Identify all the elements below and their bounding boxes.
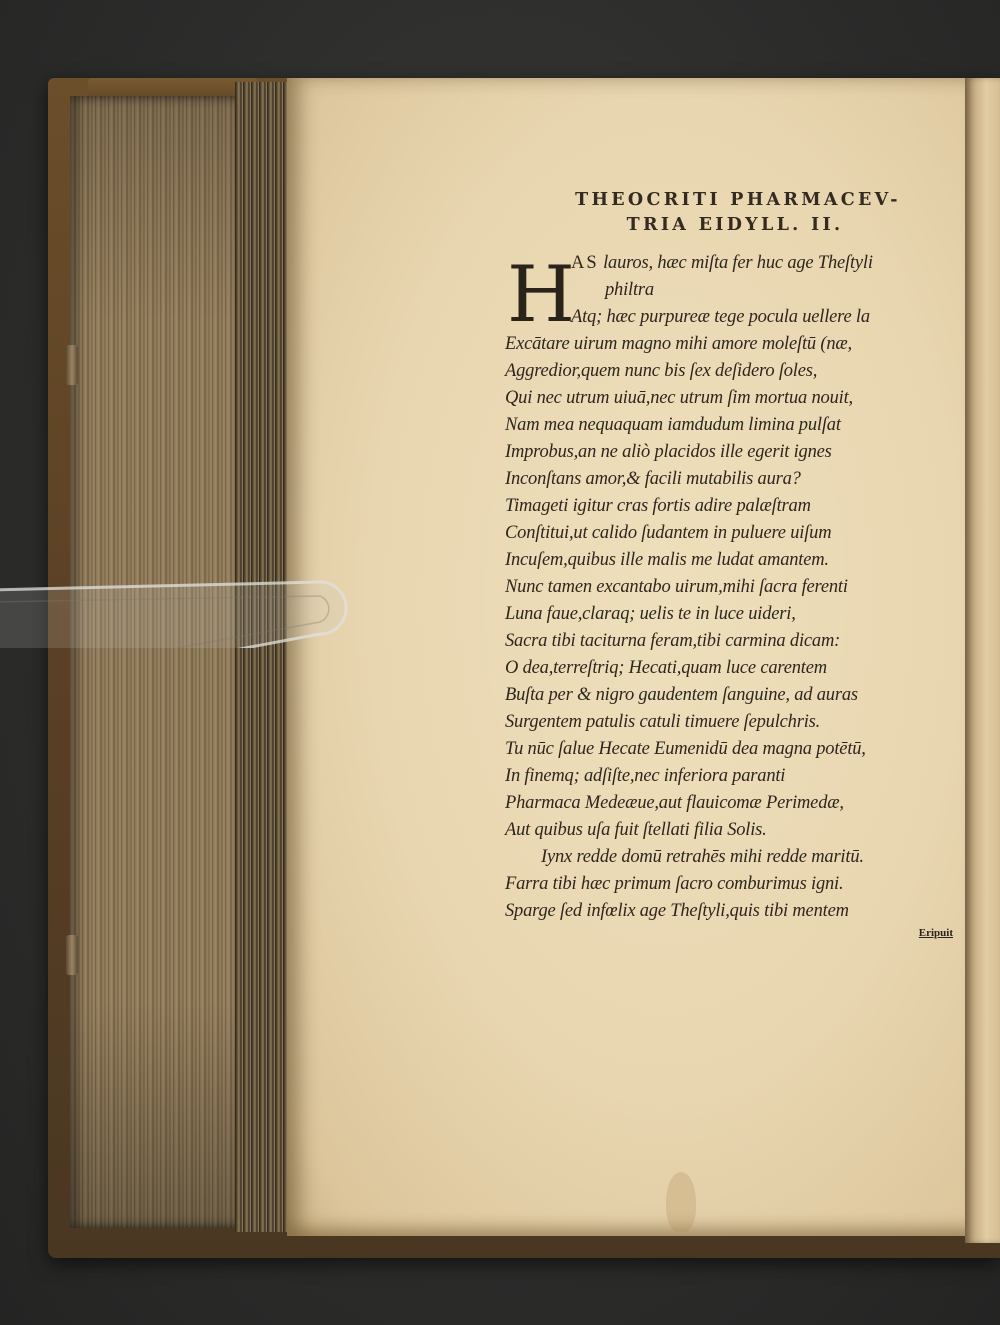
verse-line: O dea,terreſtriq; Hecati,quam luce caren… (505, 655, 965, 682)
running-head-line-1: THEOCRITI PHARMACEV- (505, 188, 965, 213)
verse-line: Aggredior,quem nunc bis ſex deſidero ſol… (505, 358, 965, 385)
page-gutter (235, 82, 287, 1232)
clasp-lower (66, 935, 78, 975)
verse-line: Nunc tamen excantabo uirum,mihi ſacra fe… (505, 574, 965, 601)
verse-line: Aut quibus uſa fuit ſtellati filia Solis… (505, 817, 965, 844)
verse-line: Luna faue,claraq; uelis te in luce uider… (505, 601, 965, 628)
verse-line: Tu nūc ſalue Hecate Eumenidū dea magna p… (505, 736, 965, 763)
running-head: THEOCRITI PHARMACEV- TRIA EIDYLL. II. (505, 188, 965, 238)
drop-capital: H (507, 256, 575, 334)
verse-line: In finemq; adſiſte,nec inferiora paranti (505, 763, 965, 790)
verse-block: H AS lauros, hæc miſta fer huc age Theſt… (505, 250, 965, 939)
verse-line: Nam mea nequaquam iamdudum limina pulſat (505, 412, 965, 439)
verse-line: Conſtitui,ut calido ſudantem in puluere … (505, 520, 965, 547)
page-text: THEOCRITI PHARMACEV- TRIA EIDYLL. II. H … (505, 188, 965, 939)
clasp-upper (66, 345, 78, 385)
verse-line: Pharmaca Medeæue,aut flauicomæ Perimedæ, (505, 790, 965, 817)
paper-stain (666, 1172, 696, 1232)
verse-line: Inconſtans amor,& facili mutabilis aura? (505, 466, 965, 493)
facing-page-edge (965, 78, 1000, 1243)
verse-line: Improbus,an ne aliò placidos ille egerit… (505, 439, 965, 466)
verse-line: Incuſem,quibus ille malis me ludat amant… (505, 547, 965, 574)
verse-line: Qui nec utrum uiuā,nec utrum ſim mortua … (505, 385, 965, 412)
verse-line: Farra tibi hæc primum ſacro comburimus i… (505, 871, 965, 898)
verse-line-refrain: Iynx redde domū retrahēs mihi redde mari… (505, 844, 965, 871)
running-head-line-2: TRIA EIDYLL. II. (505, 213, 965, 238)
verse-line: Sacra tibi taciturna feram,tibi carmina … (505, 628, 965, 655)
verse-line: Sparge ſed infœlix age Theſtyli,quis tib… (505, 898, 965, 925)
verse-line: Buſta per & nigro gaudentem ſanguine, ad… (505, 682, 965, 709)
verse-line: Timageti igitur cras fortis adire palæſt… (505, 493, 965, 520)
catchword: Eripuit (505, 927, 965, 939)
verse-line: Surgentem patulis catuli timuere ſepulch… (505, 709, 965, 736)
